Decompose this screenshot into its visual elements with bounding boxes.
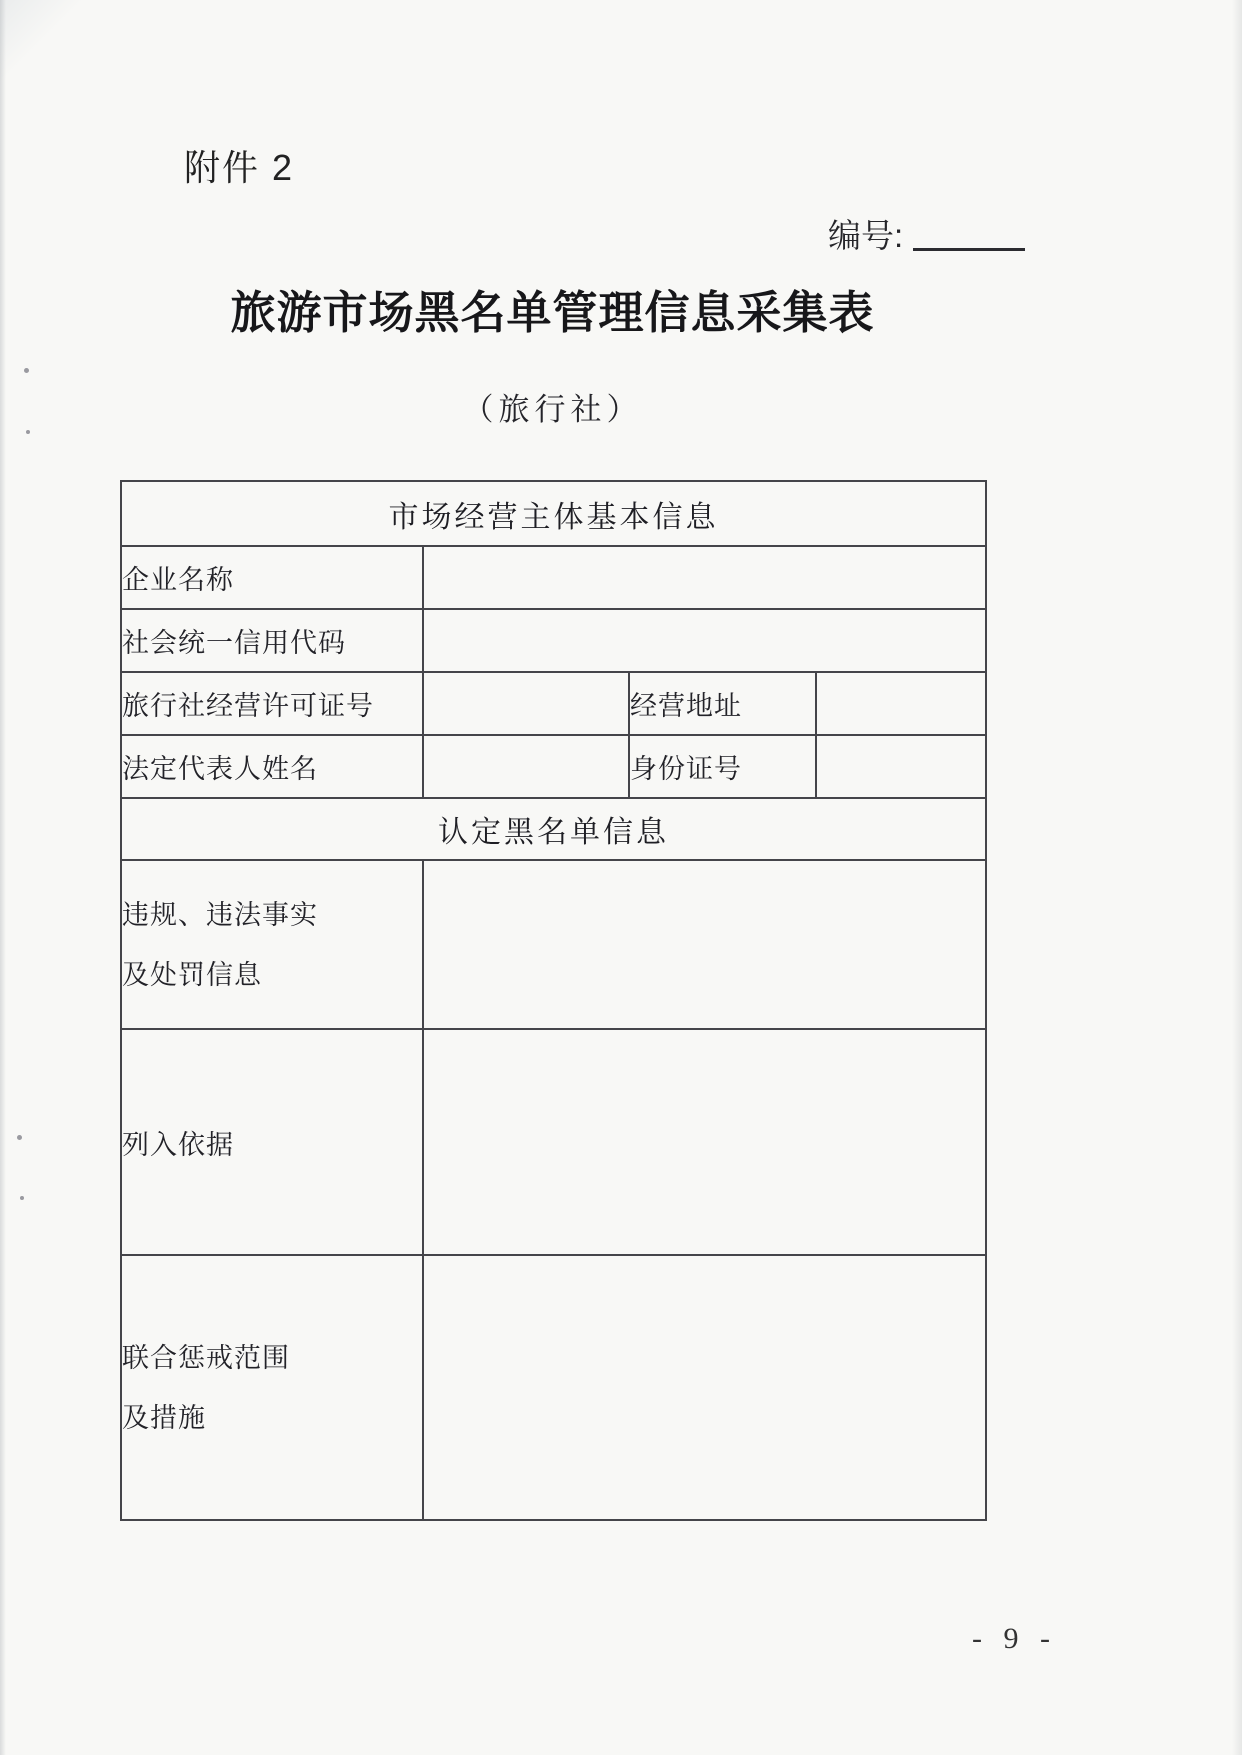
label-joint-punishment-line1: 联合惩戒范围 [122,1328,422,1388]
label-violation-facts-line1: 违规、违法事实 [122,885,422,945]
label-violation-facts-line2: 及处罚信息 [122,945,422,1005]
scan-speck [20,1196,24,1200]
scan-speck [24,368,29,373]
table-row-violation-facts: 违规、违法事实 及处罚信息 [121,860,986,1029]
label-legal-rep-name: 法定代表人姓名 [121,735,423,798]
label-credit-code: 社会统一信用代码 [121,609,423,672]
page-number: - 9 - [972,1622,1057,1656]
label-violation-facts: 违规、违法事实 及处罚信息 [121,860,423,1029]
form-table: 市场经营主体基本信息 企业名称 社会统一信用代码 旅行社经营许可证号 经营地址 … [120,480,987,1521]
label-id-number: 身份证号 [629,735,816,798]
table-row-inclusion-basis: 列入依据 [121,1029,986,1255]
table-row-section-basic: 市场经营主体基本信息 [121,481,986,546]
field-legal-rep-name [423,735,629,798]
label-inclusion-basis: 列入依据 [121,1029,423,1255]
scan-speck [26,430,30,434]
table-row-joint-punishment: 联合惩戒范围 及措施 [121,1255,986,1520]
table-row-license: 旅行社经营许可证号 经营地址 [121,672,986,735]
table-row-legal-rep: 法定代表人姓名 身份证号 [121,735,986,798]
serial-number-row: 编号: [828,210,1025,257]
field-license-number [423,672,629,735]
section-header-basic-info: 市场经营主体基本信息 [121,481,986,546]
attachment-label: 附件 2 [184,140,294,191]
form-subtitle: （旅行社） [120,384,985,429]
serial-label: 编号: [828,217,903,254]
table-row-credit-code: 社会统一信用代码 [121,609,986,672]
field-credit-code [423,609,986,672]
label-joint-punishment: 联合惩戒范围 及措施 [121,1255,423,1520]
scan-speck [17,1135,22,1140]
field-id-number [816,735,986,798]
label-joint-punishment-line2: 及措施 [122,1388,422,1448]
label-company-name: 企业名称 [121,546,423,609]
serial-blank-line [913,244,1025,251]
section-header-blacklist-info: 认定黑名单信息 [121,798,986,860]
field-company-name [423,546,986,609]
field-inclusion-basis [423,1029,986,1255]
form-title: 旅游市场黑名单管理信息采集表 [120,276,985,341]
label-license-number: 旅行社经营许可证号 [121,672,423,735]
table-row-section-blacklist: 认定黑名单信息 [121,798,986,860]
field-joint-punishment [423,1255,986,1520]
document-page: 附件 2 编号: 旅游市场黑名单管理信息采集表 （旅行社） 市场经营主体基本信息… [0,0,1242,1755]
field-violation-facts [423,860,986,1029]
field-business-address [816,672,986,735]
label-business-address: 经营地址 [629,672,816,735]
table-row-company-name: 企业名称 [121,546,986,609]
